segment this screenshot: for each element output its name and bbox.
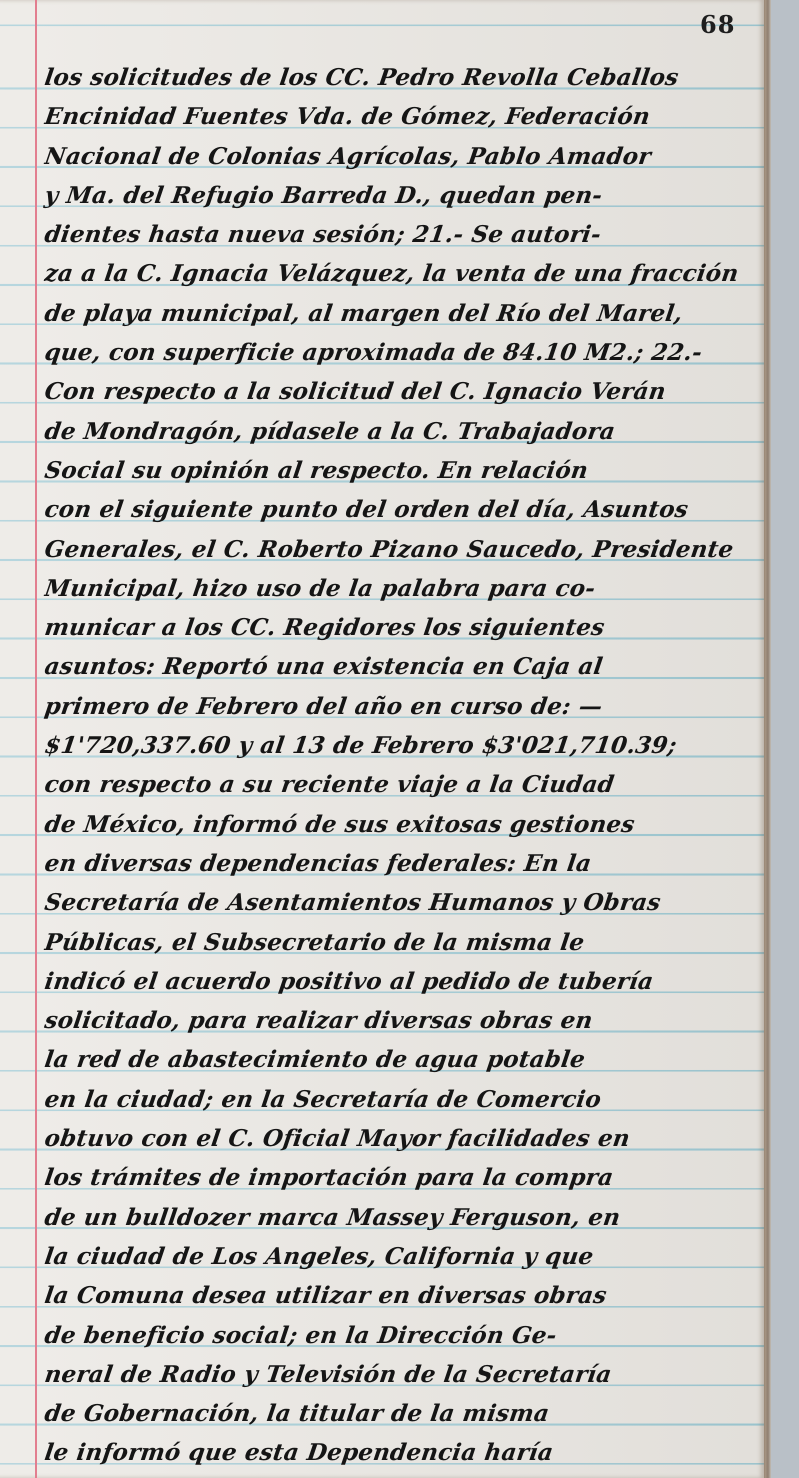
text-line: de Gobernación, la titular de la misma (42, 1394, 770, 1433)
text-line: con respecto a su reciente viaje a la Ci… (42, 765, 770, 804)
text-line: Nacional de Colonias Agrícolas, Pablo Am… (42, 137, 770, 176)
page-edge (765, 0, 771, 1478)
ledger-page: 68 los solicitudes de los CC. Pedro Revo… (0, 0, 767, 1478)
text-line: la red de abastecimiento de agua potable (42, 1040, 770, 1079)
text-line: de playa municipal, al margen del Río de… (42, 294, 770, 333)
text-line: en la ciudad; en la Secretaría de Comerc… (42, 1080, 770, 1119)
text-line: Social su opinión al respecto. En relaci… (42, 451, 770, 490)
text-line: asuntos: Reportó una existencia en Caja … (42, 647, 770, 686)
text-line: primero de Febrero del año en curso de: … (42, 687, 770, 726)
text-line: Encinidad Fuentes Vda. de Gómez, Federac… (42, 97, 770, 136)
text-line: de beneficio social; en la Dirección Ge- (42, 1316, 770, 1355)
amounts-line: $1'720,337.60 y al 13 de Febrero $3'021,… (42, 726, 770, 765)
text-line: de México, informó de sus exitosas gesti… (42, 805, 770, 844)
text-line: con el siguiente punto del orden del día… (42, 490, 770, 529)
text-line: en diversas dependencias federales: En l… (42, 844, 770, 883)
text-line: za a la C. Ignacia Velázquez, la venta d… (42, 254, 770, 293)
text-line: le informó que esta Dependencia haría (42, 1433, 770, 1472)
text-line: que, con superficie aproximada de 84.10 … (42, 333, 770, 372)
text-line: los solicitudes de los CC. Pedro Revolla… (42, 58, 770, 97)
text-line: solicitado, para realizar diversas obras… (42, 1001, 770, 1040)
handwritten-text-block: los solicitudes de los CC. Pedro Revolla… (42, 58, 764, 1473)
text-line: Municipal, hizo uso de la palabra para c… (42, 569, 770, 608)
text-line: Generales, el C. Roberto Pizano Saucedo,… (42, 530, 770, 569)
text-line: los trámites de importación para la comp… (42, 1158, 770, 1197)
text-line: neral de Radio y Televisión de la Secret… (42, 1355, 770, 1394)
text-line: la ciudad de Los Angeles, California y q… (42, 1237, 770, 1276)
text-line: y Ma. del Refugio Barreda D., quedan pen… (42, 176, 770, 215)
text-line: Con respecto a la solicitud del C. Ignac… (42, 372, 770, 411)
text-line: Públicas, el Subsecretario de la misma l… (42, 923, 770, 962)
text-line: dientes hasta nueva sesión; 21.- Se auto… (42, 215, 770, 254)
red-margin-line (35, 0, 37, 1478)
text-line: Secretaría de Asentamientos Humanos y Ob… (42, 883, 770, 922)
text-line: de un bulldozer marca Massey Ferguson, e… (42, 1198, 770, 1237)
text-line: la Comuna desea utilizar en diversas obr… (42, 1276, 770, 1315)
text-line: de Mondragón, pídasele a la C. Trabajado… (42, 412, 770, 451)
text-line: obtuvo con el C. Oficial Mayor facilidad… (42, 1119, 770, 1158)
text-line: municar a los CC. Regidores los siguient… (42, 608, 770, 647)
text-line: indicó el acuerdo positivo al pedido de … (42, 962, 770, 1001)
page-number: 68 (700, 10, 735, 39)
